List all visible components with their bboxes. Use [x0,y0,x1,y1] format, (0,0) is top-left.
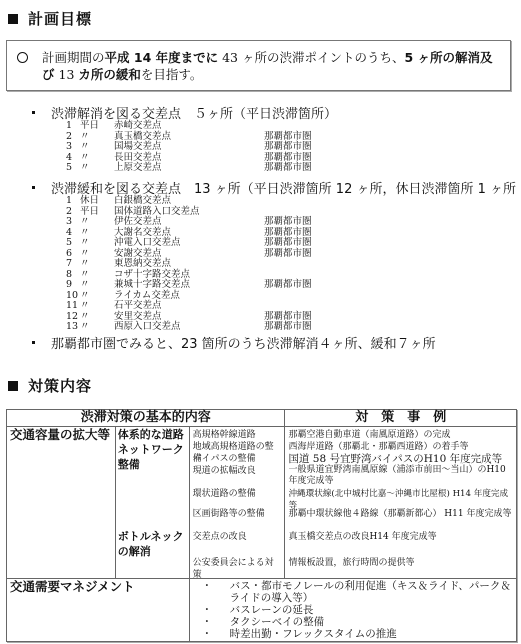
intersection-num: 5 [66,238,80,249]
example-item: 那覇空港自動車道（南風原道路）の完成 [288,429,513,441]
tdm-item: ・バス・都市モノレールの利用促進（キス＆ライド、パーク＆ライドの導入等） [196,580,514,604]
dot-bullet-icon: ・ [196,580,230,604]
tdm-list: ・バス・都市モノレールの利用促進（キス＆ライド、パーク＆ライドの導入等）・バスレ… [192,580,514,640]
tdm-item: ・タクシーベイの整備 [196,616,514,628]
intersection-area [264,196,344,207]
intersection-num: 11 [66,301,80,312]
measure-item: バイパスの整備 [193,453,282,465]
intersection-name: 上原交差点 [114,163,264,174]
list-item: 3〃伊佐交差点那覇都市圏 [66,217,516,228]
intersection-num: 7 [66,259,80,270]
tdm-item-text: 時差出勤・フレックスタイムの推進 [230,628,397,640]
intersection-name: 石平交差点 [114,301,264,312]
list-item: 7〃東恩納交差点 [66,259,516,270]
example-item: 沖縄環状線(北中城村比嘉〜沖縄市比屋根) H14 年度完成等 [288,488,513,508]
dot-bullet-icon: ・ [196,604,230,616]
list-item: 5〃沖電入口交差点那覇都市圏 [66,238,516,249]
section-heading-plan-goal: 計画目標 [8,8,92,29]
tdm-item-text: タクシーベイの整備 [230,616,325,628]
intersection-day: 〃 [80,217,114,228]
list-item: 3〃国場交差点那覇都市圏 [66,142,344,153]
intersection-num: 5 [66,163,80,174]
intersection-day: 〃 [80,259,114,270]
measure-item: 地域高規格道路の整備 [193,441,282,453]
dot-bullet-icon: ・ [196,628,230,640]
intersection-area [264,121,344,132]
measure-item: 公安委員会による対策 [193,557,282,569]
example-item: 西海岸道路（那覇北・那覇西道路）の着手等 [288,441,513,453]
intersection-name: 東恩納交差点 [114,259,264,270]
intersection-day: 〃 [80,322,114,333]
intersection-area [264,291,344,302]
category-capacity: 交通容量の拡大等 [7,427,116,579]
intersection-area: 那覇都市圏 [264,142,344,153]
measure-item: 交差点の改良 [193,531,282,557]
measure-item: 現道の拡幅改良 [193,465,282,488]
intersection-num: 3 [66,217,80,228]
intersection-area [264,301,344,312]
intersection-area: 那覇都市圏 [264,163,344,174]
intersection-area: 那覇都市圏 [264,238,344,249]
list-item: 1平日赤崎交差点 [66,121,344,132]
intersection-name: 伊佐交差点 [114,217,264,228]
example-item: 真玉橋交差点の改良H14 年度完成等 [288,531,513,557]
intersection-day: 〃 [80,238,114,249]
subcategory-cell: 体系的な道路ネットワーク整備 ボトルネックの解消 [115,427,189,579]
dot-bullet-icon [32,111,35,114]
list-item: 9〃兼城十字路交差点那覇都市圏 [66,280,516,291]
example-item: 情報板設置，旅行時間の提供等 [288,557,513,569]
tdm-items-cell: ・バス・都市モノレールの利用促進（キス＆ライド、パーク＆ライドの導入等）・バスレ… [189,579,516,642]
ease-intersections: 渋滞緩和を図る交差点 13 ヶ所（平日渋滞箇所 12 ヶ所，休日渋滞箇所 1 ヶ… [30,178,516,333]
table-row-tdm: 交通需要マネジメント ・バス・都市モノレールの利用促進（キス＆ライド、パーク＆ラ… [7,579,517,642]
intersection-name: 沖電入口交差点 [114,238,264,249]
tdm-item-text: バス・都市モノレールの利用促進（キス＆ライド、パーク＆ライドの導入等） [230,580,514,604]
measure-item: 高規格幹線道路 [193,429,282,441]
list-heading: 渋滞緩和を図る交差点 13 ヶ所（平日渋滞箇所 12 ヶ所，休日渋滞箇所 1 ヶ… [30,178,516,196]
subcategory-bottleneck: ボトルネックの解消 [116,529,189,559]
section-title: 計画目標 [28,8,92,29]
intersection-area: 那覇都市圏 [264,249,344,260]
list-item: 13〃西原入口交差点那覇都市圏 [66,322,516,333]
naha-summary-note: 那覇都市圏でみると、23 箇所のうち渋滞解消４ヶ所、緩和７ヶ所 [30,333,436,352]
header-examples: 対 策 事 例 [285,410,517,427]
goal-box: 計画期間の平成 14 年度までに 43 ヶ所の渋滞ポイントのうち、5 ヶ所の解消… [6,40,511,91]
intersection-name: 西原入口交差点 [114,322,264,333]
circle-bullet-icon [17,52,28,63]
dot-bullet-icon: ・ [196,616,230,628]
table-header-row: 渋滞対策の基本的内容 対 策 事 例 [7,410,517,427]
measure-cell: 高規格幹線道路 地域高規格道路の整備 バイパスの整備 現道の拡幅改良 環状道路の… [189,427,285,579]
measure-item: 区画街路等の整備 [193,508,282,531]
example-item: 一般県道宜野湾南風原線（浦添市前田〜当山）のH10 年度完成等 [288,465,513,488]
intersection-day: 休日 [80,196,114,207]
resolve-intersections: 渋滞解消を図る交差点 ５ヶ所（平日渋滞箇所） 1平日赤崎交差点2〃真玉橋交差点那… [30,103,344,174]
dot-bullet-icon [32,186,35,189]
intersection-list: 1平日赤崎交差点2〃真玉橋交差点那覇都市圏3〃国場交差点那覇都市圏4〃長田交差点… [66,121,344,174]
subcategory-network: 体系的な道路ネットワーク整備 [116,427,189,529]
list-item: 11〃石平交差点 [66,301,516,312]
intersection-day: 〃 [80,142,114,153]
intersection-name: 白銀橋交差点 [114,196,264,207]
square-bullet-icon [8,381,18,391]
tdm-item: ・時差出勤・フレックスタイムの推進 [196,628,514,640]
intersection-num: 13 [66,322,80,333]
intersection-num: 1 [66,121,80,132]
square-bullet-icon [8,14,18,24]
intersection-area: 那覇都市圏 [264,322,344,333]
dot-bullet-icon [32,341,35,344]
intersection-list: 1休日白銀橋交差点2平日国体道路入口交差点3〃伊佐交差点那覇都市圏4〃大謝名交差… [66,196,516,333]
tdm-item-text: バスレーンの延長 [230,604,314,616]
intersection-day: 〃 [80,163,114,174]
intersection-name: 赤崎交差点 [114,121,264,132]
intersection-area: 那覇都市圏 [264,217,344,228]
tdm-item: ・バスレーンの延長 [196,604,514,616]
section-title: 対策内容 [28,375,92,396]
intersection-day: 平日 [80,121,114,132]
list-item: 1休日白銀橋交差点 [66,196,516,207]
example-item: 国道 58 号宜野湾バイパスのH10 年度完成等 [288,453,513,465]
table-row-capacity: 交通容量の拡大等 体系的な道路ネットワーク整備 ボトルネックの解消 高規格幹線道… [7,427,517,579]
list-heading: 渋滞解消を図る交差点 ５ヶ所（平日渋滞箇所） [30,103,344,121]
intersection-num: 1 [66,196,80,207]
measures-table: 渋滞対策の基本的内容 対 策 事 例 交通容量の拡大等 体系的な道路ネットワーク… [6,409,517,642]
header-basic-content: 渋滞対策の基本的内容 [7,410,285,427]
intersection-num: 9 [66,280,80,291]
intersection-day: 〃 [80,301,114,312]
intersection-num: 3 [66,142,80,153]
intersection-name: 兼城十字路交差点 [114,280,264,291]
example-item: 那覇中環状線他４路線（那覇新都心） H11 年度完成等 [288,508,513,531]
example-cell: 那覇空港自動車道（南風原道路）の完成 西海岸道路（那覇北・那覇西道路）の着手等 … [285,427,517,579]
list-item: 5〃上原交差点那覇都市圏 [66,163,344,174]
goal-text: 計画期間の平成 14 年度までに 43 ヶ所の渋滞ポイントのうち、5 ヶ所の解消… [42,49,502,83]
intersection-area: 那覇都市圏 [264,280,344,291]
intersection-day: 〃 [80,280,114,291]
measure-item: 環状道路の整備 [193,488,282,508]
category-tdm: 交通需要マネジメント [7,579,190,642]
intersection-area [264,259,344,270]
intersection-name: 国場交差点 [114,142,264,153]
section-heading-measures: 対策内容 [8,375,92,396]
